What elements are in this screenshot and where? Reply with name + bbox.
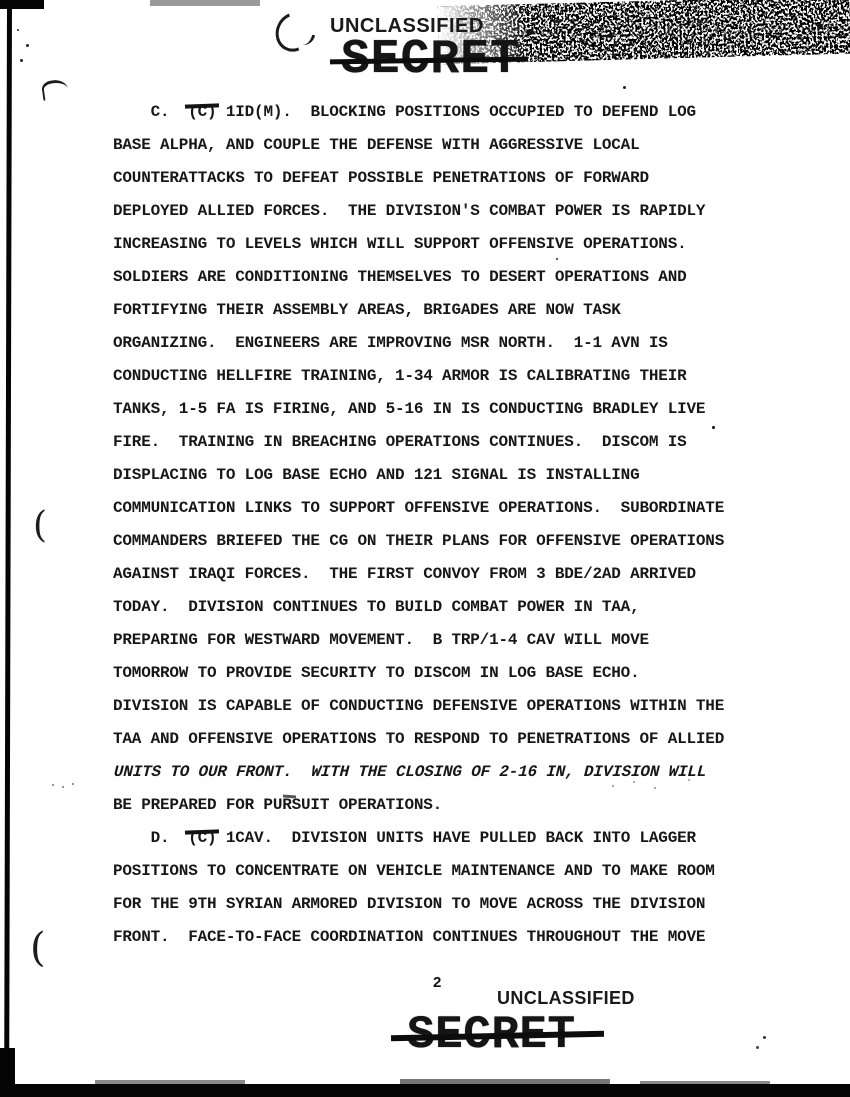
line-text: 1CAV. DIVISION UNITS HAVE PULLED BACK IN…: [216, 829, 695, 847]
scan-speck: [763, 1036, 766, 1039]
line-text: BE PREPARED FOR PURSUIT OPERATIONS.: [113, 796, 442, 814]
scan-circle-mark: [269, 6, 319, 57]
struck-classification-marking: (C): [188, 822, 216, 855]
document-line: ORGANIZING. ENGINEERS ARE IMPROVING MSR …: [113, 327, 773, 360]
document-line: FORTIFYING THEIR ASSEMBLY AREAS, BRIGADE…: [113, 294, 773, 327]
line-text: ORGANIZING. ENGINEERS ARE IMPROVING MSR …: [113, 334, 668, 352]
scan-edge-left-line: [4, 0, 12, 1097]
line-text: BASE ALPHA, AND COUPLE THE DEFENSE WITH …: [113, 136, 640, 154]
line-text: COUNTERATTACKS TO DEFEAT POSSIBLE PENETR…: [113, 169, 649, 187]
scan-speck: [623, 86, 626, 89]
line-text: TODAY. DIVISION CONTINUES TO BUILD COMBA…: [113, 598, 640, 616]
line-text: FRONT. FACE-TO-FACE COORDINATION CONTINU…: [113, 928, 705, 946]
scan-circle-mark: [302, 33, 315, 47]
line-text: POSITIONS TO CONCENTRATE ON VEHICLE MAIN…: [113, 862, 715, 880]
struck-classification-marking: (C): [188, 96, 216, 129]
line-text: COMMUNICATION LINKS TO SUPPORT OFFENSIVE…: [113, 499, 724, 517]
document-line: FOR THE 9TH SYRIAN ARMORED DIVISION TO M…: [113, 888, 773, 921]
document-page: ( ( UNCLASSIFIED SECRET C. (C) 1ID(M). B…: [0, 0, 850, 1097]
document-line: AGAINST IRAQI FORCES. THE FIRST CONVOY F…: [113, 558, 773, 591]
footer-unclassified-stamp: UNCLASSIFIED: [497, 988, 635, 1009]
document-line: TOMORROW TO PROVIDE SECURITY TO DISCOM I…: [113, 657, 773, 690]
line-text: TOMORROW TO PROVIDE SECURITY TO DISCOM I…: [113, 664, 640, 682]
scan-curve-mark: [41, 78, 69, 100]
scan-speck: [756, 1046, 759, 1049]
document-line: INCREASING TO LEVELS WHICH WILL SUPPORT …: [113, 228, 773, 261]
line-text: FORTIFYING THEIR ASSEMBLY AREAS, BRIGADE…: [113, 301, 621, 319]
document-line: TAA AND OFFENSIVE OPERATIONS TO RESPOND …: [113, 723, 773, 756]
document-line: TANKS, 1-5 FA IS FIRING, AND 5-16 IN IS …: [113, 393, 773, 426]
line-text: 1ID(M). BLOCKING POSITIONS OCCUPIED TO D…: [216, 103, 695, 121]
scan-speck: [20, 59, 23, 62]
line-text: COMMANDERS BRIEFED THE CG ON THEIR PLANS…: [113, 532, 724, 550]
line-text: UNITS TO OUR FRONT. WITH THE CLOSING OF …: [113, 763, 706, 781]
margin-paren-mark: (: [30, 928, 46, 968]
document-line: FRONT. FACE-TO-FACE COORDINATION CONTINU…: [113, 921, 773, 954]
document-line: COUNTERATTACKS TO DEFEAT POSSIBLE PENETR…: [113, 162, 773, 195]
document-line: DIVISION IS CAPABLE OF CONDUCTING DEFENS…: [113, 690, 773, 723]
document-line: C. (C) 1ID(M). BLOCKING POSITIONS OCCUPI…: [113, 96, 773, 129]
line-text: DISPLACING TO LOG BASE ECHO AND 121 SIGN…: [113, 466, 640, 484]
line-text: C.: [113, 103, 188, 121]
document-line: CONDUCTING HELLFIRE TRAINING, 1-34 ARMOR…: [113, 360, 773, 393]
scan-speck: [52, 784, 54, 786]
document-line: BASE ALPHA, AND COUPLE THE DEFENSE WITH …: [113, 129, 773, 162]
document-line: POSITIONS TO CONCENTRATE ON VEHICLE MAIN…: [113, 855, 773, 888]
line-text: DEPLOYED ALLIED FORCES. THE DIVISION'S C…: [113, 202, 705, 220]
document-line: UNITS TO OUR FRONT. WITH THE CLOSING OF …: [113, 756, 775, 789]
scan-edge-bottom-bar: [0, 1084, 850, 1097]
document-line: DISPLACING TO LOG BASE ECHO AND 121 SIGN…: [113, 459, 773, 492]
page-number: 2: [433, 974, 441, 991]
margin-paren-mark: (: [33, 508, 47, 544]
document-line: PREPARING FOR WESTWARD MOVEMENT. B TRP/1…: [113, 624, 773, 657]
document-body: C. (C) 1ID(M). BLOCKING POSITIONS OCCUPI…: [113, 96, 773, 954]
line-text: SOLDIERS ARE CONDITIONING THEMSELVES TO …: [113, 268, 687, 286]
document-line: D. (C) 1CAV. DIVISION UNITS HAVE PULLED …: [113, 822, 773, 855]
line-text: CONDUCTING HELLFIRE TRAINING, 1-34 ARMOR…: [113, 367, 687, 385]
document-line: FIRE. TRAINING IN BREACHING OPERATIONS C…: [113, 426, 773, 459]
scan-speck: [26, 44, 29, 47]
scan-speck: [72, 783, 74, 785]
scan-edge-top-gray: [150, 0, 260, 6]
scan-speck: [62, 786, 64, 788]
document-line: SOLDIERS ARE CONDITIONING THEMSELVES TO …: [113, 261, 773, 294]
line-text: DIVISION IS CAPABLE OF CONDUCTING DEFENS…: [113, 697, 724, 715]
document-line: BE PREPARED FOR PURSUIT OPERATIONS.: [113, 789, 773, 822]
line-text: FOR THE 9TH SYRIAN ARMORED DIVISION TO M…: [113, 895, 705, 913]
line-text: INCREASING TO LEVELS WHICH WILL SUPPORT …: [113, 235, 687, 253]
document-line: COMMANDERS BRIEFED THE CG ON THEIR PLANS…: [113, 525, 773, 558]
document-line: COMMUNICATION LINKS TO SUPPORT OFFENSIVE…: [113, 492, 773, 525]
scan-speck: [17, 29, 19, 31]
document-line: DEPLOYED ALLIED FORCES. THE DIVISION'S C…: [113, 195, 773, 228]
document-line: TODAY. DIVISION CONTINUES TO BUILD COMBA…: [113, 591, 773, 624]
line-text: TANKS, 1-5 FA IS FIRING, AND 5-16 IN IS …: [113, 400, 705, 418]
line-text: PREPARING FOR WESTWARD MOVEMENT. B TRP/1…: [113, 631, 649, 649]
line-text: D.: [113, 829, 188, 847]
line-text: AGAINST IRAQI FORCES. THE FIRST CONVOY F…: [113, 565, 696, 583]
line-text: TAA AND OFFENSIVE OPERATIONS TO RESPOND …: [113, 730, 724, 748]
line-text: FIRE. TRAINING IN BREACHING OPERATIONS C…: [113, 433, 687, 451]
